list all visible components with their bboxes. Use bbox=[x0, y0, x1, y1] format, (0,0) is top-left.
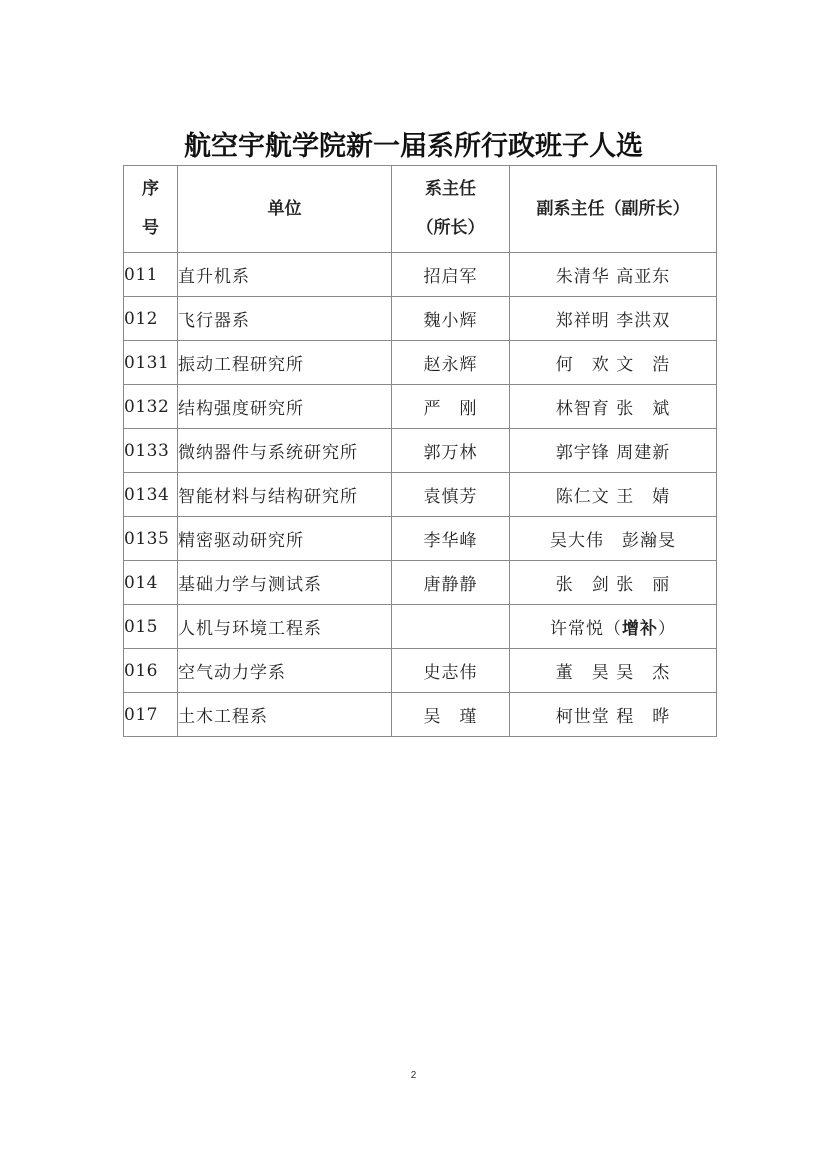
table-row: 016 空气动力学系 史志伟 董 昊 吴 杰 bbox=[124, 649, 717, 693]
header-chief-line2: （所长） bbox=[417, 220, 485, 237]
row-chief: 魏小辉 bbox=[392, 297, 510, 341]
row-deputy: 柯世堂 程 晔 bbox=[510, 693, 717, 737]
table-row: 0131 振动工程研究所 赵永辉 何 欢 文 浩 bbox=[124, 341, 717, 385]
header-unit: 单位 bbox=[178, 166, 392, 253]
table-row: 0132 结构强度研究所 严 刚 林智育 张 斌 bbox=[124, 385, 717, 429]
table-row: 0135 精密驱动研究所 李华峰 吴大伟 彭瀚旻 bbox=[124, 517, 717, 561]
row-unit: 微纳器件与系统研究所 bbox=[178, 429, 392, 473]
row-chief: 赵永辉 bbox=[392, 341, 510, 385]
document-title: 航空宇航学院新一届系所行政班子人选 bbox=[0, 124, 827, 163]
row-deputy: 张 剑 张 丽 bbox=[510, 561, 717, 605]
table-row: 0133 微纳器件与系统研究所 郭万林 郭宇锋 周建新 bbox=[124, 429, 717, 473]
row-deputy: 林智育 张 斌 bbox=[510, 385, 717, 429]
row-code: 015 bbox=[124, 605, 178, 649]
row-unit: 结构强度研究所 bbox=[178, 385, 392, 429]
row-unit: 振动工程研究所 bbox=[178, 341, 392, 385]
header-seq-line2: 号 bbox=[142, 220, 159, 237]
table-row: 012 飞行器系 魏小辉 郑祥明 李洪双 bbox=[124, 297, 717, 341]
row-chief: 严 刚 bbox=[392, 385, 510, 429]
row-code: 0133 bbox=[124, 429, 178, 473]
header-chief-line1: 系主任 bbox=[425, 181, 476, 198]
row-code: 014 bbox=[124, 561, 178, 605]
row-deputy: 许常悦（增补） bbox=[510, 605, 717, 649]
row-chief: 吴 瑾 bbox=[392, 693, 510, 737]
row-chief: 史志伟 bbox=[392, 649, 510, 693]
row-unit: 直升机系 bbox=[178, 253, 392, 297]
table-row: 0134 智能材料与结构研究所 袁慎芳 陈仁文 王 婧 bbox=[124, 473, 717, 517]
row-unit: 空气动力学系 bbox=[178, 649, 392, 693]
row-deputy: 何 欢 文 浩 bbox=[510, 341, 717, 385]
header-chief: 系主任 （所长） bbox=[392, 166, 510, 253]
row-unit: 智能材料与结构研究所 bbox=[178, 473, 392, 517]
deputy-suffix: ） bbox=[658, 619, 676, 639]
row-unit: 飞行器系 bbox=[178, 297, 392, 341]
row-deputy: 郭宇锋 周建新 bbox=[510, 429, 717, 473]
deputy-name: 许常悦（ bbox=[550, 619, 622, 639]
row-code: 012 bbox=[124, 297, 178, 341]
row-code: 0134 bbox=[124, 473, 178, 517]
page-number: 2 bbox=[0, 1070, 827, 1081]
row-deputy: 朱清华 高亚东 bbox=[510, 253, 717, 297]
row-chief: 李华峰 bbox=[392, 517, 510, 561]
row-code: 0132 bbox=[124, 385, 178, 429]
supplement-note: 增补 bbox=[622, 619, 658, 639]
table-header-row: 序 号 单位 系主任 （所长） 副系主任（副所长） bbox=[124, 166, 717, 253]
row-chief: 袁慎芳 bbox=[392, 473, 510, 517]
row-code: 011 bbox=[124, 253, 178, 297]
row-code: 016 bbox=[124, 649, 178, 693]
row-deputy: 陈仁文 王 婧 bbox=[510, 473, 717, 517]
row-deputy: 董 昊 吴 杰 bbox=[510, 649, 717, 693]
row-deputy: 郑祥明 李洪双 bbox=[510, 297, 717, 341]
table-row: 011 直升机系 招启军 朱清华 高亚东 bbox=[124, 253, 717, 297]
row-deputy: 吴大伟 彭瀚旻 bbox=[510, 517, 717, 561]
row-code: 017 bbox=[124, 693, 178, 737]
table-row: 015 人机与环境工程系 许常悦（增补） bbox=[124, 605, 717, 649]
row-chief: 招启军 bbox=[392, 253, 510, 297]
row-chief bbox=[392, 605, 510, 649]
leadership-table: 序 号 单位 系主任 （所长） 副系主任（副所长） 011 直升机系 招启军 朱… bbox=[123, 165, 717, 737]
row-code: 0135 bbox=[124, 517, 178, 561]
table-row: 014 基础力学与测试系 唐静静 张 剑 张 丽 bbox=[124, 561, 717, 605]
row-unit: 精密驱动研究所 bbox=[178, 517, 392, 561]
row-unit: 土木工程系 bbox=[178, 693, 392, 737]
row-unit: 人机与环境工程系 bbox=[178, 605, 392, 649]
header-seq: 序 号 bbox=[124, 166, 178, 253]
row-unit: 基础力学与测试系 bbox=[178, 561, 392, 605]
row-chief: 唐静静 bbox=[392, 561, 510, 605]
row-code: 0131 bbox=[124, 341, 178, 385]
table-row: 017 土木工程系 吴 瑾 柯世堂 程 晔 bbox=[124, 693, 717, 737]
header-deputy: 副系主任（副所长） bbox=[510, 166, 717, 253]
header-seq-line1: 序 bbox=[142, 181, 159, 198]
row-chief: 郭万林 bbox=[392, 429, 510, 473]
